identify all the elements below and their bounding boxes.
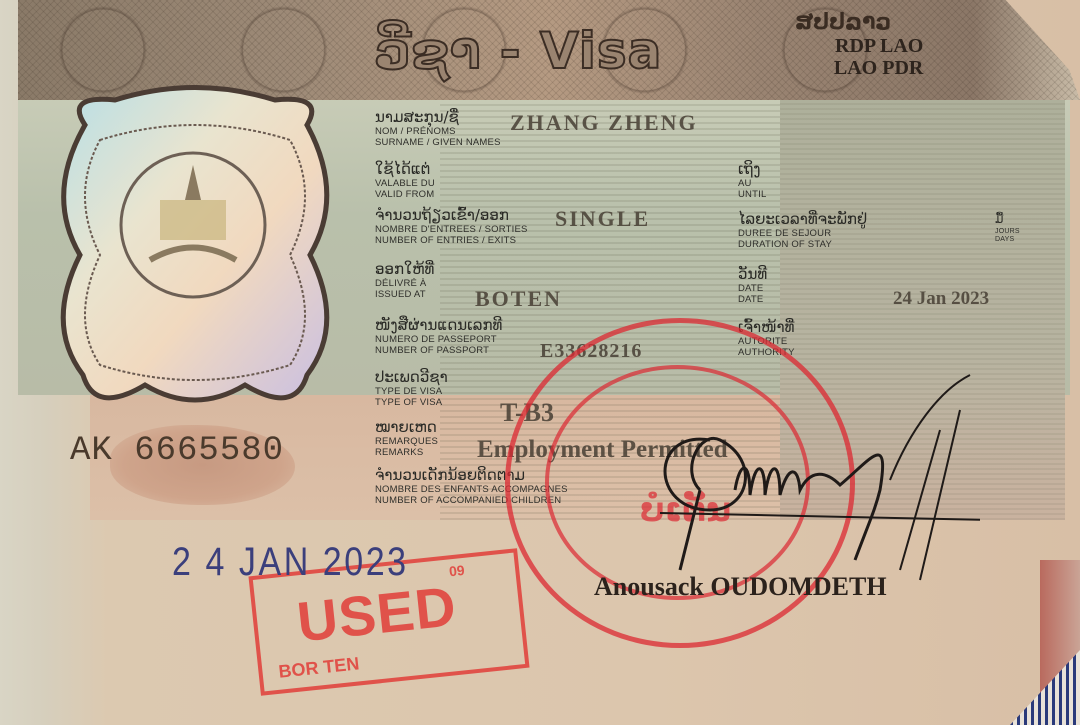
field-name: ນາມສະກຸນ/ຊື່ NOM / PRÉNOMS SURNAME / GIV… (375, 108, 501, 148)
serial-number: AK 6665580 (70, 432, 284, 470)
value-entries: SINGLE (555, 206, 650, 232)
field-passport: ໜັງສືຜ່ານແດນເລກທີ NUMERO DE PASSEPORT NU… (375, 316, 502, 356)
field-issued-at: ອອກໃຫ້ທີ່ DÉLIVRÉ À ISSUED AT (375, 260, 434, 300)
field-entries: ຈຳນວນຖ້ຽວເຂົ້າ/ອອກ NOMBRE D'ENTREES / SO… (375, 206, 528, 246)
field-valid-from: ໃຊ້ໄດ້ແຕ່ VALABLE DU VALID FROM (375, 160, 435, 200)
field-date: ວັນທີ DATE DATE (738, 265, 767, 305)
field-visa-type: ປະເພດວີຊາ TYPE DE VISA TYPE OF VISA (375, 368, 448, 408)
value-issued-at: BOTEN (475, 286, 562, 312)
field-remarks: ໝາຍເຫດ REMARQUES REMARKS (375, 418, 438, 458)
country-en: LAO PDR (795, 57, 923, 79)
officer-signature-icon (640, 370, 980, 590)
entry-date-stamp: 2 4 JAN 2023 (172, 540, 409, 585)
country-lao: ສປປລາວ (795, 10, 923, 35)
field-valid-until: ເຖິງ AU UNTIL (738, 160, 766, 200)
used-place: BOR TEN (278, 653, 361, 682)
used-number: 09 (448, 562, 465, 580)
visa-title: ວີຊາ - Visa (375, 22, 662, 80)
country-fr: RDP LAO (835, 35, 923, 57)
field-duration-unit: ມື້ JOURS DAYS (995, 210, 1020, 244)
value-name: ZHANG ZHENG (510, 110, 698, 136)
used-label: USED (294, 573, 460, 654)
country-label: ສປປລາວ RDP LAO LAO PDR (795, 10, 923, 79)
hologram-emblem-icon (45, 85, 345, 415)
field-duration: ໄລຍະເວລາທີ່ຈະພັກຢູ່ DUREE DE SEJOUR DURA… (738, 210, 867, 250)
value-date: 24 Jan 2023 (893, 288, 989, 310)
